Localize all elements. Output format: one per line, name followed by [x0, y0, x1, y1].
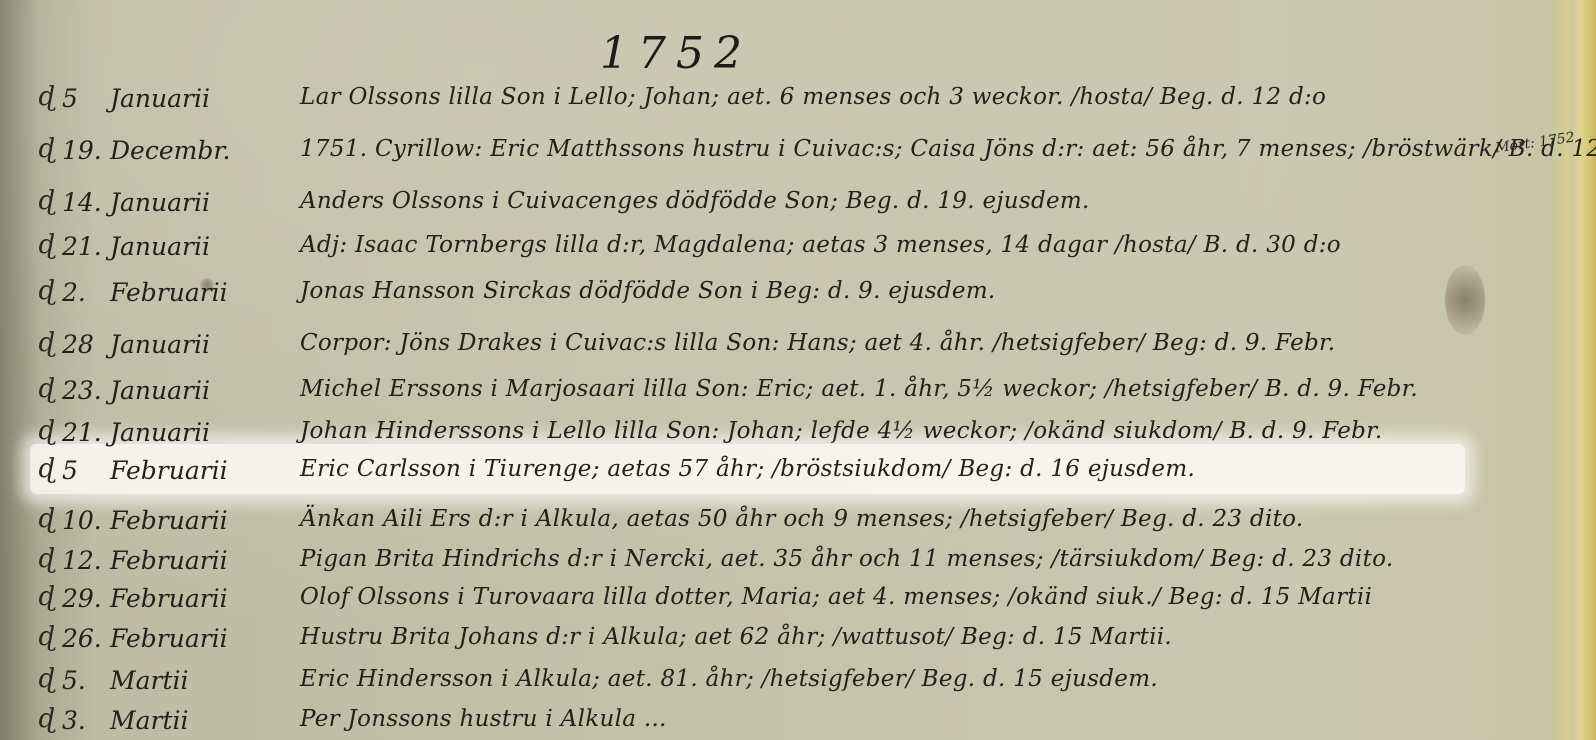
entry-month: Januarii [110, 232, 210, 261]
entry-day: 23. [62, 376, 102, 405]
date-bracket-icon: ɖ [38, 374, 55, 404]
entry-text: Hustru Brita Johans d:r i Alkula; aet 62… [300, 624, 1172, 650]
date-bracket-icon: ɖ [38, 664, 55, 694]
entry-month: Februarii [110, 546, 228, 575]
entry-day: 26. [62, 624, 102, 653]
register-entry: ɖ 2. Februarii Jonas Hansson Sirckas död… [0, 272, 1560, 312]
register-entry: ɖ 10. Februarii Änkan Aili Ers d:r i Alk… [0, 500, 1560, 540]
entry-text: Olof Olssons i Turovaara lilla dotter, M… [300, 584, 1372, 610]
register-entry: ɖ 12. Februarii Pigan Brita Hindrichs d:… [0, 540, 1560, 580]
entry-day: 5 [62, 84, 78, 113]
entry-text: Adj: Isaac Tornbergs lilla d:r, Magdalen… [300, 232, 1341, 258]
register-entry: ɖ 28 Januarii Corpor: Jöns Drakes i Cuiv… [0, 324, 1560, 364]
page-edge [1570, 0, 1596, 740]
entry-month: Februarii [110, 624, 228, 653]
date-bracket-icon: ɖ [38, 622, 55, 652]
entry-month: Januarii [110, 418, 210, 447]
date-bracket-icon: ɖ [38, 186, 55, 216]
date-bracket-icon: ɖ [38, 276, 55, 306]
register-entry: ɖ 5 Januarii Lar Olssons lilla Son i Lel… [0, 78, 1560, 118]
date-bracket-icon: ɖ [38, 134, 55, 164]
entry-day: 12. [62, 546, 102, 575]
entry-day: 19. [62, 136, 102, 165]
entry-month: Januarii [110, 376, 210, 405]
register-entry: ɖ 23. Januarii Michel Erssons i Marjosaa… [0, 370, 1560, 410]
entry-text: Corpor: Jöns Drakes i Cuivac:s lilla Son… [300, 330, 1335, 356]
date-bracket-icon: ɖ [38, 504, 55, 534]
entry-month: Februarii [110, 506, 228, 535]
date-bracket-icon: ɖ [38, 704, 55, 734]
date-bracket-icon: ɖ [38, 328, 55, 358]
entry-month: Februarii [110, 456, 228, 485]
register-entry: ɖ 14. Januarii Anders Olssons i Cuivacen… [0, 182, 1560, 222]
register-entry: ɖ 3. Martii Per Jonssons hustru i Alkula… [0, 700, 1560, 740]
entry-month: Januarii [110, 84, 210, 113]
entry-month: Januarii [110, 188, 210, 217]
entry-day: 2. [62, 278, 86, 307]
entry-day: 3. [62, 706, 86, 735]
entry-month: Decembr. [110, 136, 231, 165]
entry-month: Januarii [110, 330, 210, 359]
entry-day: 21. [62, 232, 102, 261]
entry-text: Anders Olssons i Cuivacenges dödfödde So… [300, 188, 1090, 214]
entry-text: Lar Olssons lilla Son i Lello; Johan; ae… [300, 84, 1326, 110]
year-heading: 1752 [600, 28, 752, 79]
date-bracket-icon: ɖ [38, 82, 55, 112]
register-entry: ɖ 19. Decembr. 1751. Cyrillow: Eric Matt… [0, 130, 1560, 170]
entry-text: Eric Carlsson i Tiurenge; aetas 57 åhr; … [300, 456, 1195, 482]
entry-day: 5. [62, 666, 86, 695]
entry-text: 1751. Cyrillow: Eric Matthssons hustru i… [300, 136, 1596, 162]
entry-day: 5 [62, 456, 78, 485]
register-page: 1752 Mort: 1752 ɖ 5 Januarii Lar Olssons… [0, 0, 1596, 740]
date-bracket-icon: ɖ [38, 544, 55, 574]
date-bracket-icon: ɖ [38, 230, 55, 260]
entry-month: Februarii [110, 278, 228, 307]
entry-text: Jonas Hansson Sirckas dödfödde Son i Beg… [300, 278, 996, 304]
register-entry: ɖ 29. Februarii Olof Olssons i Turovaara… [0, 578, 1560, 618]
entry-month: Martii [110, 666, 189, 695]
entry-text: Pigan Brita Hindrichs d:r i Nercki, aet.… [300, 546, 1393, 572]
entry-text: Per Jonssons hustru i Alkula ... [300, 706, 667, 732]
register-entry: ɖ 26. Februarii Hustru Brita Johans d:r … [0, 618, 1560, 658]
entry-text: Johan Hinderssons i Lello lilla Son: Joh… [300, 418, 1383, 444]
entry-month: Martii [110, 706, 189, 735]
entry-text: Änkan Aili Ers d:r i Alkula, aetas 50 åh… [300, 506, 1304, 532]
entry-day: 21. [62, 418, 102, 447]
register-entry-highlighted: ɖ 5 Februarii Eric Carlsson i Tiurenge; … [0, 450, 1560, 490]
date-bracket-icon: ɖ [38, 582, 55, 612]
entry-month: Februarii [110, 584, 228, 613]
register-entry: ɖ 5. Martii Eric Hindersson i Alkula; ae… [0, 660, 1560, 700]
entry-day: 14. [62, 188, 102, 217]
entry-text: Michel Erssons i Marjosaari lilla Son: E… [300, 376, 1418, 402]
date-bracket-icon: ɖ [38, 454, 55, 484]
entry-day: 10. [62, 506, 102, 535]
entry-text: Eric Hindersson i Alkula; aet. 81. åhr; … [300, 666, 1158, 692]
register-entry: ɖ 21. Januarii Adj: Isaac Tornbergs lill… [0, 226, 1560, 266]
entry-day: 29. [62, 584, 102, 613]
date-bracket-icon: ɖ [38, 416, 55, 446]
entry-day: 28 [62, 330, 94, 359]
